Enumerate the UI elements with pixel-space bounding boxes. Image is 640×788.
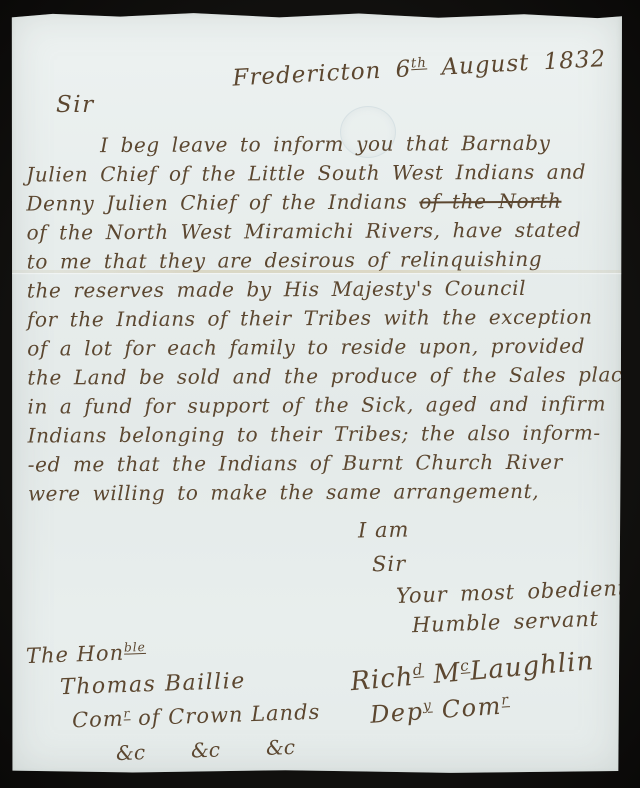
addressee-honorific-text: The Hon bbox=[26, 641, 125, 668]
salutation: Sir bbox=[56, 92, 95, 118]
addressee-honorific: The Honble bbox=[26, 640, 147, 668]
dateline: Fredericton 6th August 1832 bbox=[232, 46, 607, 92]
signature-name-part: Rich bbox=[349, 662, 415, 697]
letter-body: I beg leave to inform you that Barnaby J… bbox=[26, 128, 616, 508]
body-line: for the Indians of their Tribes with the… bbox=[27, 302, 615, 334]
signature-name-part: M bbox=[423, 658, 462, 691]
body-line: I beg leave to inform you that Barnaby bbox=[26, 128, 614, 160]
body-line: of a lot for each family to reside upon,… bbox=[27, 331, 615, 363]
dateline-ordinal-suffix: th bbox=[410, 56, 427, 72]
body-line: -ed me that the Indians of Burnt Church … bbox=[28, 447, 616, 479]
signature-name: Richd McLaughlin bbox=[349, 645, 595, 697]
body-line: the reserves made by His Majesty's Counc… bbox=[27, 273, 615, 305]
addressee-honorific-superscript: ble bbox=[124, 640, 146, 655]
addressee-title-part: Com bbox=[72, 707, 124, 733]
body-line: Indians belonging to their Tribes; the a… bbox=[28, 418, 616, 450]
closing-servant: Humble servant bbox=[412, 607, 600, 638]
body-line: were willing to make the same arrangemen… bbox=[28, 476, 616, 508]
addressee-title-part: of Crown Lands bbox=[130, 700, 321, 731]
etcetera-mark: &c bbox=[116, 740, 146, 765]
struck-text: of the North bbox=[419, 189, 561, 214]
closing-i-am: I am bbox=[358, 518, 410, 543]
body-line: to me that they are desirous of relinqui… bbox=[27, 244, 615, 276]
body-line: in a fund for support of the Sick, aged … bbox=[27, 389, 615, 421]
letter-paper: Fredericton 6th August 1832 Sir I beg le… bbox=[10, 12, 622, 774]
closing-sir: Sir bbox=[372, 552, 407, 577]
body-line: the Land be sold and the produce of the … bbox=[27, 360, 615, 392]
etcetera-mark: &c bbox=[266, 735, 296, 760]
dateline-month-year: August 1832 bbox=[426, 46, 606, 81]
addressee-name: Thomas Baillie bbox=[60, 669, 247, 700]
signature-title-part: Com bbox=[432, 692, 503, 725]
body-line-text: Denny Julien Chief of the Indians bbox=[26, 189, 419, 215]
etcetera-mark: &c bbox=[191, 738, 221, 763]
body-line: Denny Julien Chief of the Indians of the… bbox=[26, 186, 614, 218]
addressee-etcetera: &c &c &c bbox=[116, 735, 296, 765]
body-line: of the North West Miramichi Rivers, have… bbox=[26, 215, 614, 247]
signature-title-superscript: r bbox=[501, 692, 510, 709]
closing-obedient: Your most obedient bbox=[396, 576, 628, 608]
signature-title-part: Dep bbox=[369, 697, 424, 729]
body-line: Julien Chief of the Little South West In… bbox=[26, 157, 614, 189]
signature-name-part: Laughlin bbox=[469, 646, 595, 687]
addressee-title: Comr of Crown Lands bbox=[72, 700, 321, 733]
dateline-place-day: Fredericton 6 bbox=[232, 56, 412, 91]
signature-title: Depy Comr bbox=[369, 691, 511, 729]
photo-background: Fredericton 6th August 1832 Sir I beg le… bbox=[0, 0, 640, 788]
